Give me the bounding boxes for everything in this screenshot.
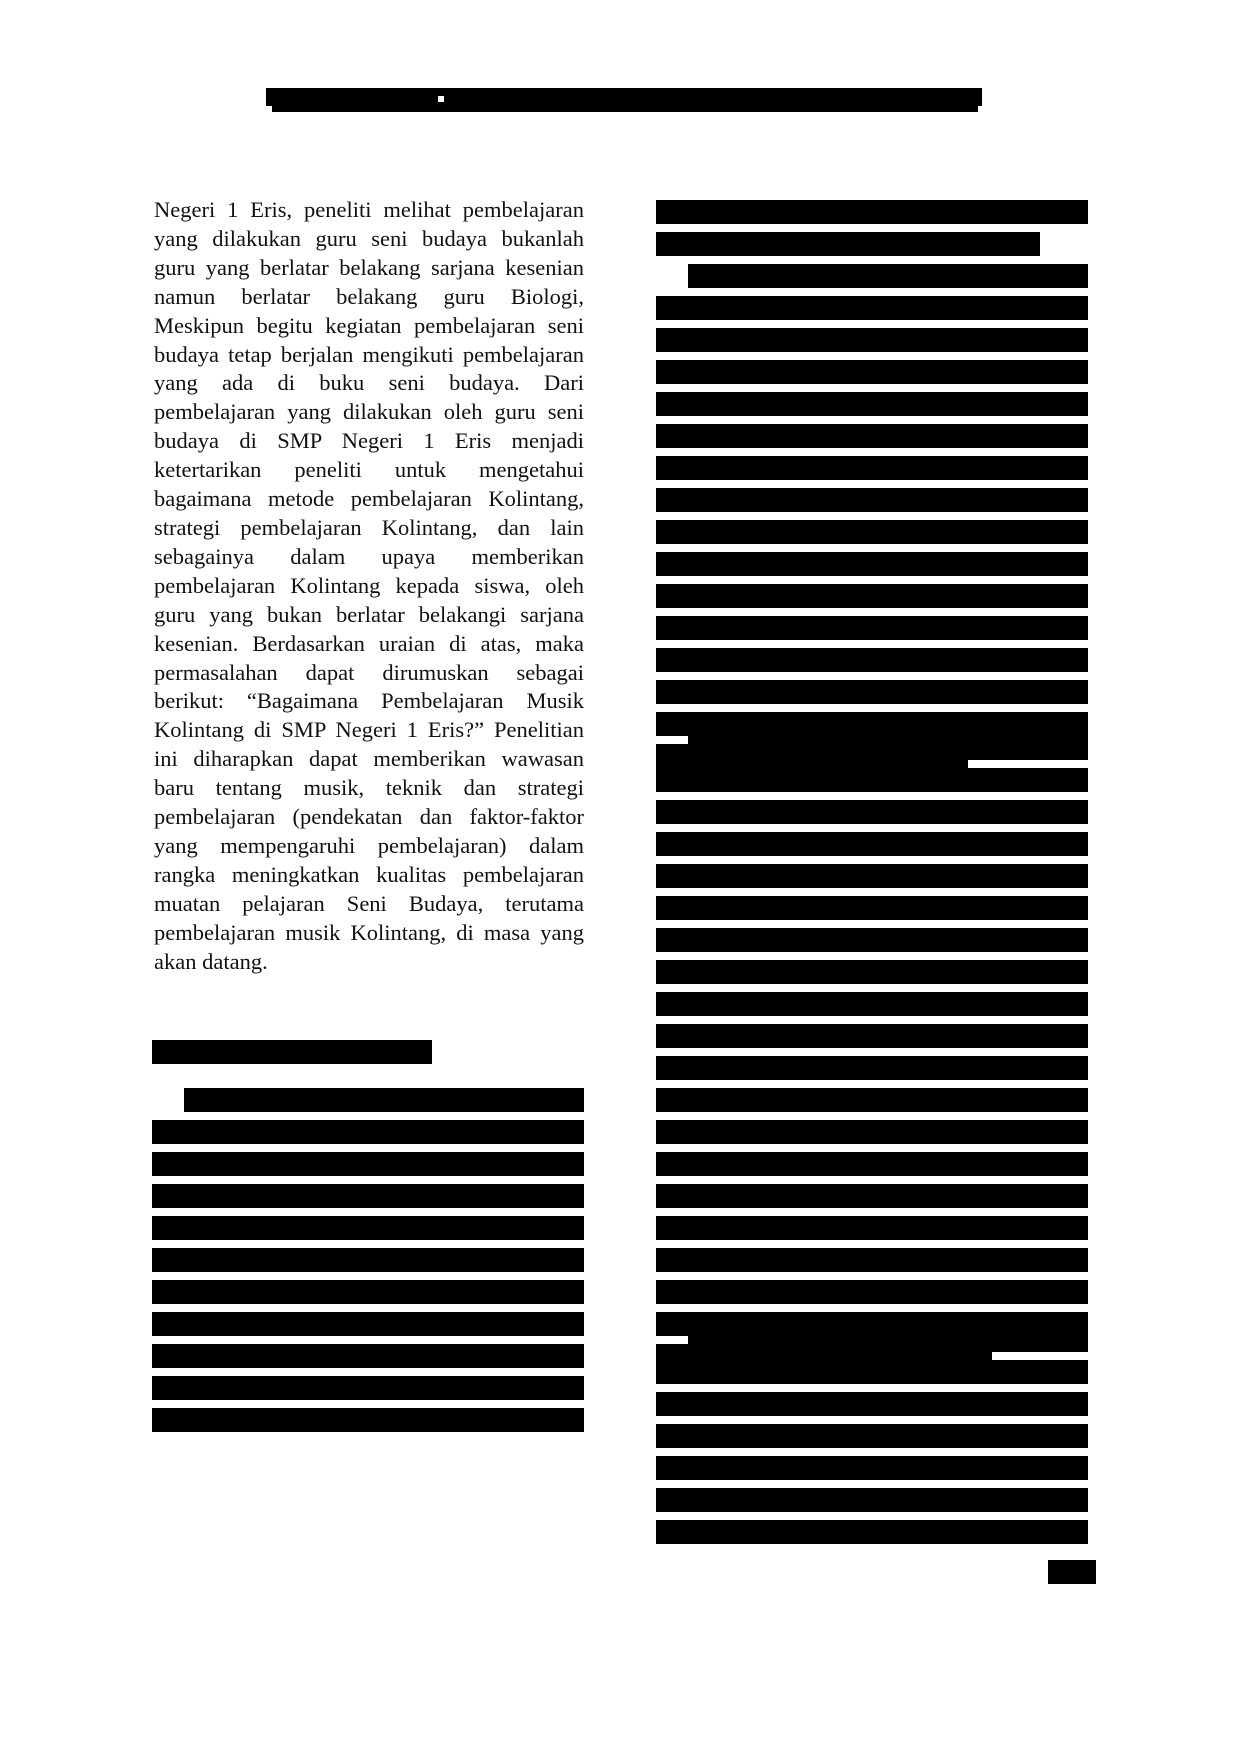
redacted-line <box>656 992 1088 1016</box>
redacted-line <box>152 1120 584 1144</box>
redacted-line <box>656 1088 1088 1112</box>
redacted-line <box>656 1248 1088 1272</box>
redacted-line <box>656 488 1088 512</box>
redacted-line <box>656 1456 1088 1480</box>
redacted-line <box>656 768 1088 792</box>
redacted-line <box>152 1344 584 1368</box>
left-column: Negeri 1 Eris, peneliti melihat pembelaj… <box>154 196 584 976</box>
redacted-line <box>152 1280 584 1304</box>
header-redaction-gap <box>438 96 444 102</box>
redacted-line <box>656 928 1088 952</box>
redacted-line <box>656 680 1088 704</box>
redacted-line <box>656 1520 1088 1544</box>
redacted-line <box>152 1312 584 1336</box>
redacted-line <box>656 736 1088 760</box>
redacted-line <box>656 232 1088 256</box>
redacted-line <box>656 1424 1088 1448</box>
right-redacted-paragraph-1 <box>656 200 1088 264</box>
redacted-line <box>656 392 1088 416</box>
redacted-line <box>656 1392 1088 1416</box>
redacted-line <box>656 328 1088 352</box>
page-number-redacted <box>1048 1560 1096 1584</box>
redacted-line <box>656 960 1088 984</box>
redacted-line <box>656 296 1088 320</box>
redacted-line <box>656 1152 1088 1176</box>
redacted-line <box>656 1280 1088 1304</box>
redacted-line <box>152 1184 584 1208</box>
redacted-line <box>152 1152 584 1176</box>
section-heading-redacted <box>152 1040 432 1064</box>
redacted-line <box>656 424 1088 448</box>
redacted-line <box>656 648 1088 672</box>
left-redacted-paragraph <box>152 1088 584 1440</box>
redacted-line <box>656 584 1088 608</box>
running-header-redacted <box>266 88 982 112</box>
body-paragraph: Negeri 1 Eris, peneliti melihat pembelaj… <box>154 196 584 976</box>
redacted-line <box>656 864 1088 888</box>
redacted-line <box>656 200 1088 224</box>
redacted-line <box>656 360 1088 384</box>
redacted-line <box>152 1088 584 1112</box>
redacted-line <box>656 616 1088 640</box>
redacted-line <box>656 1216 1088 1240</box>
redacted-line <box>152 1376 584 1400</box>
right-redacted-paragraph-4 <box>656 1328 1088 1552</box>
redacted-line <box>656 552 1088 576</box>
redacted-line <box>656 520 1088 544</box>
redacted-line <box>152 1248 584 1272</box>
redacted-line <box>656 1360 1088 1384</box>
right-redacted-paragraph-3 <box>656 736 1088 1376</box>
right-redacted-paragraph-2 <box>656 264 1088 776</box>
redacted-line <box>152 1216 584 1240</box>
redacted-line <box>656 264 1088 288</box>
redacted-line <box>656 712 1088 736</box>
redacted-line <box>656 896 1088 920</box>
redacted-line <box>656 1328 1088 1352</box>
redacted-line <box>656 1056 1088 1080</box>
redacted-line <box>656 1488 1088 1512</box>
redacted-line <box>656 832 1088 856</box>
redacted-line <box>152 1408 584 1432</box>
redacted-line <box>656 1120 1088 1144</box>
redacted-line <box>656 1024 1088 1048</box>
redacted-line <box>656 800 1088 824</box>
redacted-line <box>656 456 1088 480</box>
redacted-line <box>656 1184 1088 1208</box>
